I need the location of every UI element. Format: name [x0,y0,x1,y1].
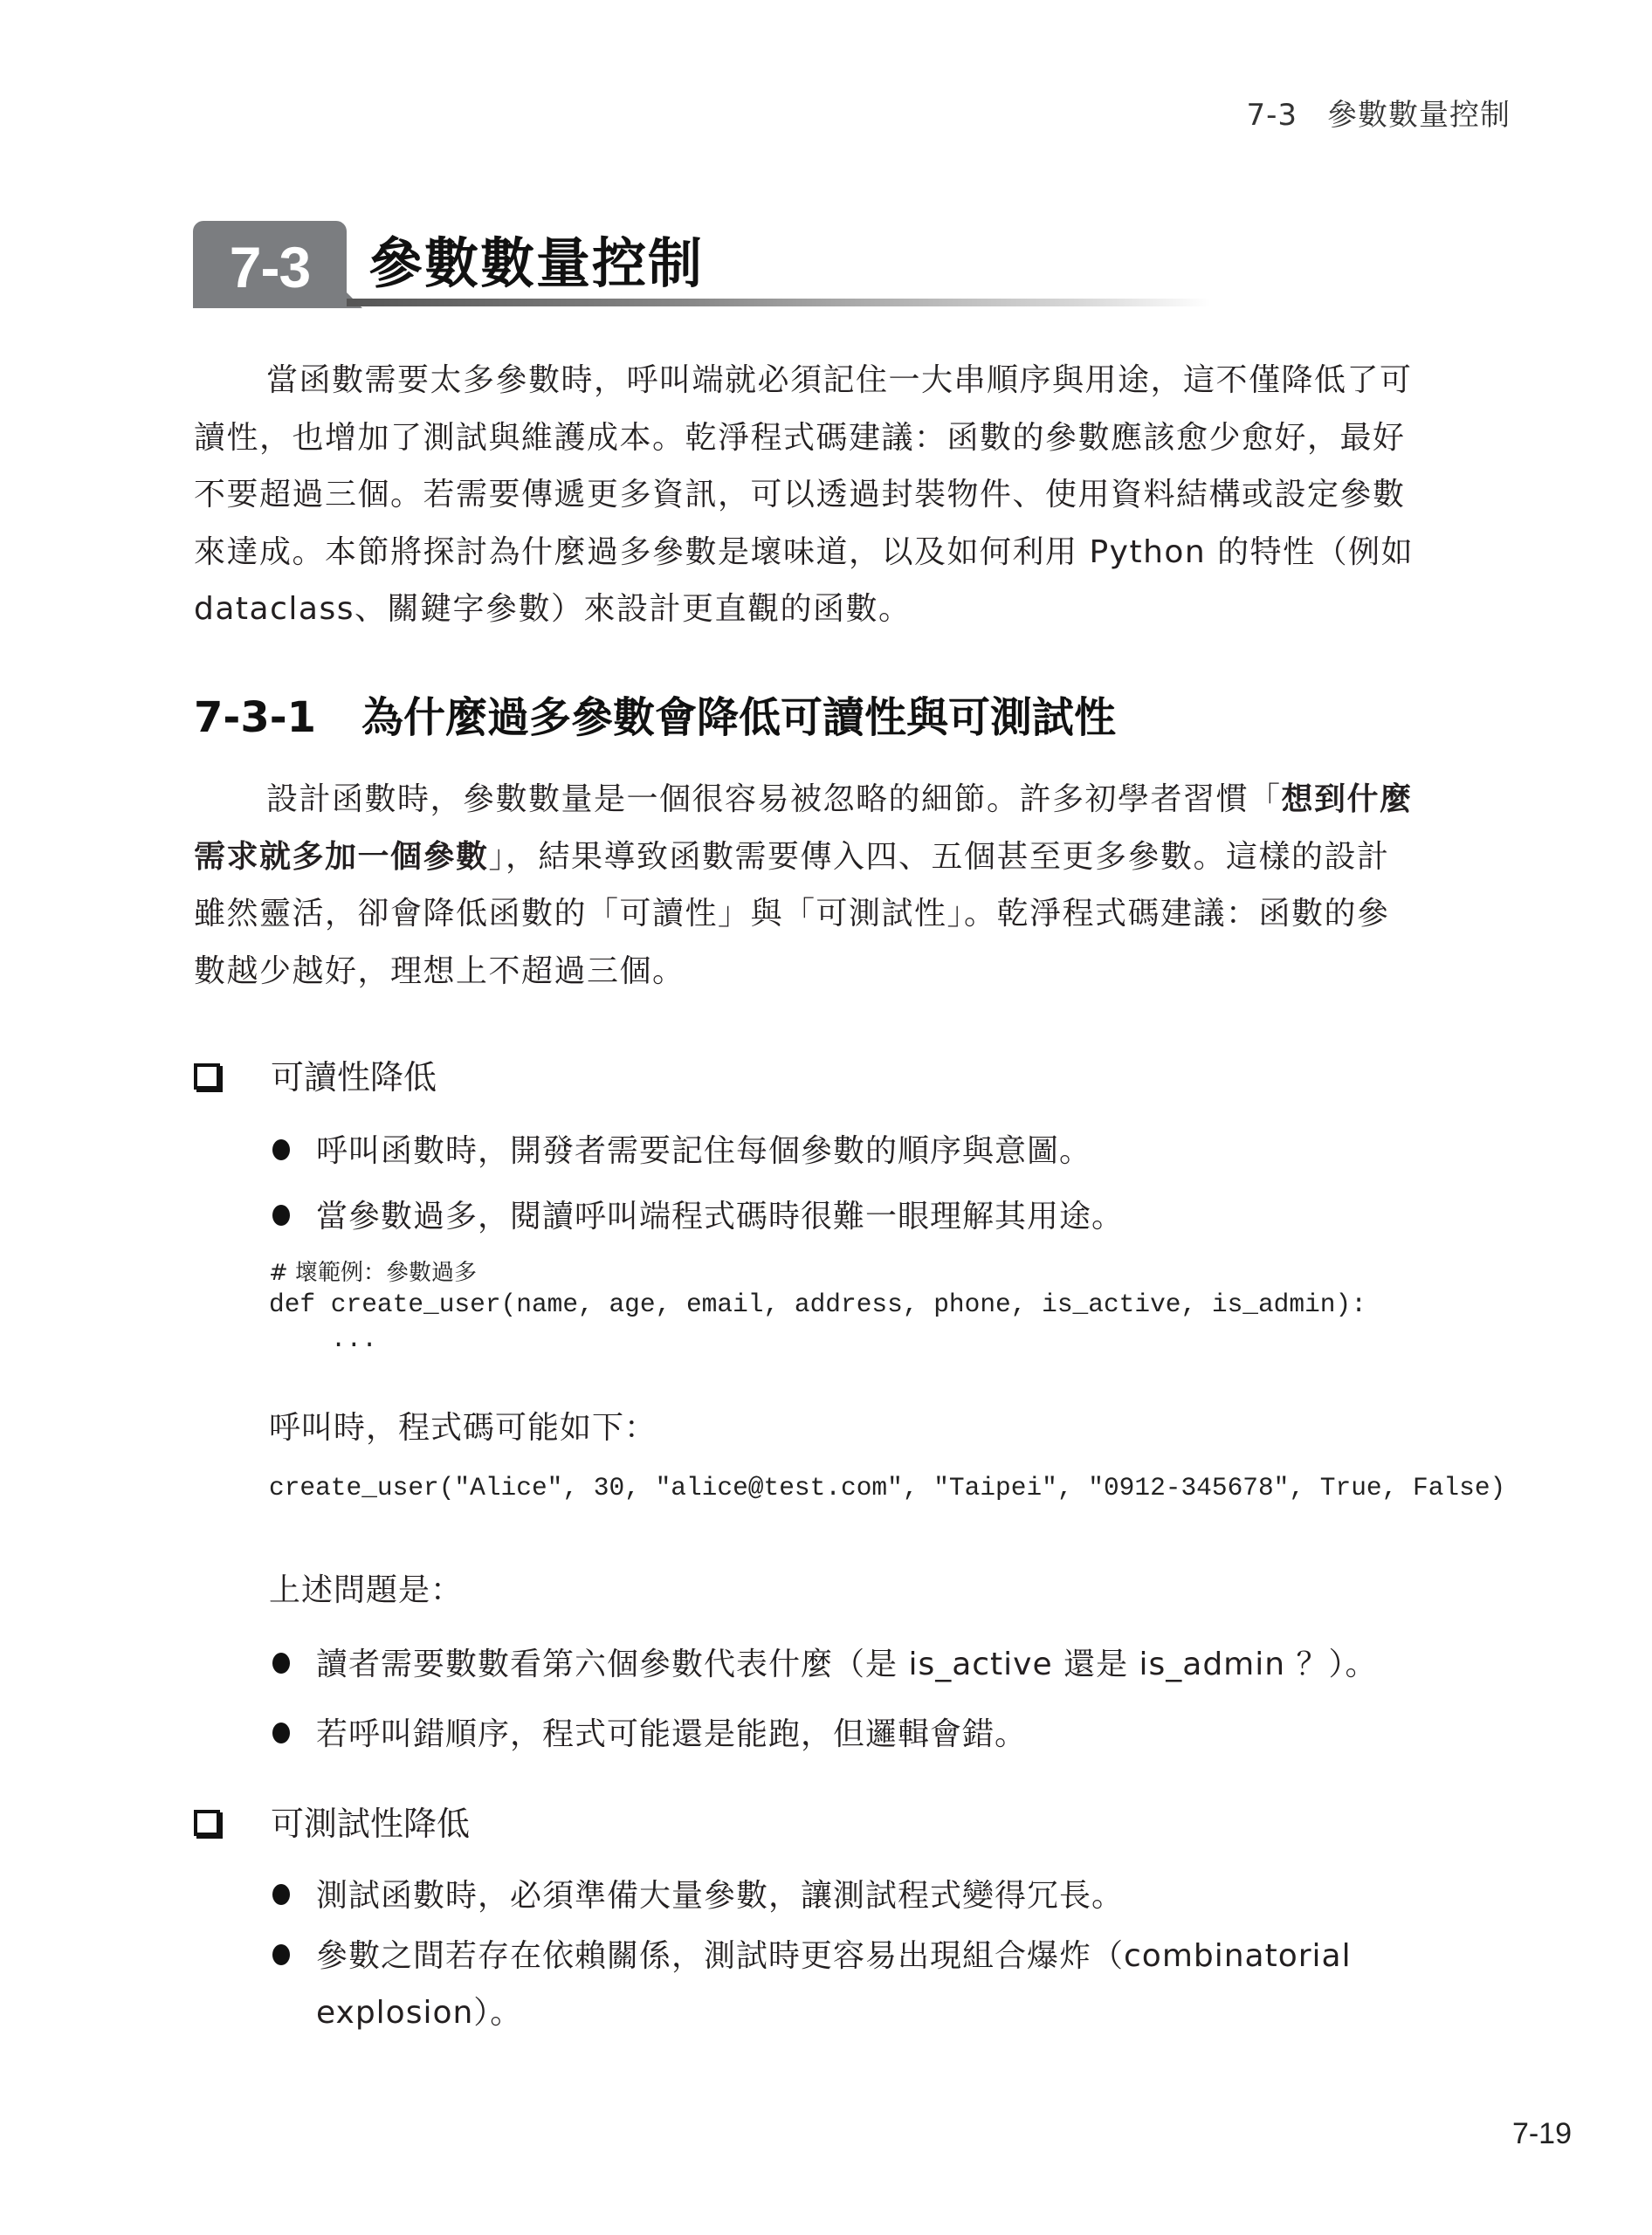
list-item: 參數之間若存在依賴關係，測試時更容易出現組合爆炸（combinatorial e… [272,1928,1504,2041]
code-line-body: ... [269,1324,377,1354]
checkbox-square-icon [194,1063,220,1090]
checkbox-square-icon [194,1810,220,1836]
subsection-paragraph: 設計函數時，參數數量是一個很容易被忽略的細節。許多初學者習慣「想到什麼 需求就多… [194,771,1504,1000]
testability-heading: 可測試性降低 [194,1797,470,1845]
list-item: 呼叫函數時，開發者需要記住每個參數的順序與意圖。 [272,1126,1091,1171]
intro-line-4: 來達成。本節將探討為什麼過多參數是壞味道，以及如何利用 Python 的特性（例… [194,524,1504,581]
running-header-number: 7-3 [1246,98,1298,133]
list-item: 當參數過多，閱讀呼叫端程式碼時很難一眼理解其用途。 [272,1192,1124,1236]
intro-line-2: 讀性，也增加了測試與維護成本。乾淨程式碼建議：函數的參數應該愈少愈好，最好 [194,409,1504,467]
readability-heading: 可讀性降低 [194,1050,437,1098]
call-intro-text: 呼叫時，程式碼可能如下： [269,1403,657,1448]
running-header-title: 參數數量控制 [1327,98,1511,133]
intro-line-3: 不要超過三個。若需要傳遞更多資訊，可以透過封裝物件、使用資料結構或設定參數 [194,466,1504,524]
list-item: 若呼叫錯順序，程式可能還是能跑，但邏輯會錯。 [272,1709,1027,1754]
bullet-dot-icon [272,1884,290,1905]
intro-line-1: 當函數需要太多參數時，呼叫端就必須記住一大串順序與用途，這不僅降低了可 [194,352,1504,409]
sub-para-line-1: 設計函數時，參數數量是一個很容易被忽略的細節。許多初學者習慣「想到什麼 [194,771,1504,829]
subsection-number: 7-3-1 [194,693,316,742]
sub-para-line-3: 雖然靈活，卻會降低函數的「可讀性」與「可測試性」。乾淨程式碼建議：函數的參 [194,885,1504,943]
bullet-dot-icon [272,1205,290,1226]
subsection-title: 為什麼過多參數會降低可讀性與可測試性 [361,693,1116,742]
list-item: 測試函數時，必須準備大量參數，讓測試程式變得冗長。 [272,1871,1124,1915]
intro-line-5: dataclass、關鍵字參數）來設計更直觀的函數。 [194,581,1504,638]
section-title: 參數數量控制 [368,220,704,298]
code-line-def: def create_user(name, age, email, addres… [269,1289,1366,1319]
page-number: 7-19 [1512,2117,1572,2151]
bullet-dot-icon [272,1723,290,1743]
call-code-line: create_user("Alice", 30, "alice@test.com… [269,1473,1505,1503]
emphasis-text: 需求就多加一個參數 [194,839,489,875]
sub-para-line-2: 需求就多加一個參數」，結果導致函數需要傳入四、五個甚至更多參數。這樣的設計 [194,829,1504,886]
subsection-heading: 7-3-1為什麼過多參數會降低可讀性與可測試性 [194,684,1116,744]
section-number: 7-3 [193,225,347,309]
bullet-dot-icon [272,1944,290,1965]
bullet-dot-icon [272,1653,290,1674]
problem-intro-text: 上述問題是： [269,1565,463,1610]
bullet-dot-icon [272,1139,290,1160]
emphasis-text: 想到什麼 [1282,781,1413,817]
sub-para-line-4: 數越少越好，理想上不超過三個。 [194,943,1504,1001]
code-comment: # 壞範例：參數過多 [269,1255,477,1287]
list-item: 讀者需要數數看第六個參數代表什麼（是 is_active 還是 is_admin… [272,1640,1378,1684]
running-header: 7-3參數數量控制 [1246,91,1511,134]
section-underline [347,299,1211,306]
intro-paragraph: 當函數需要太多參數時，呼叫端就必須記住一大串順序與用途，這不僅降低了可 讀性，也… [194,352,1504,638]
